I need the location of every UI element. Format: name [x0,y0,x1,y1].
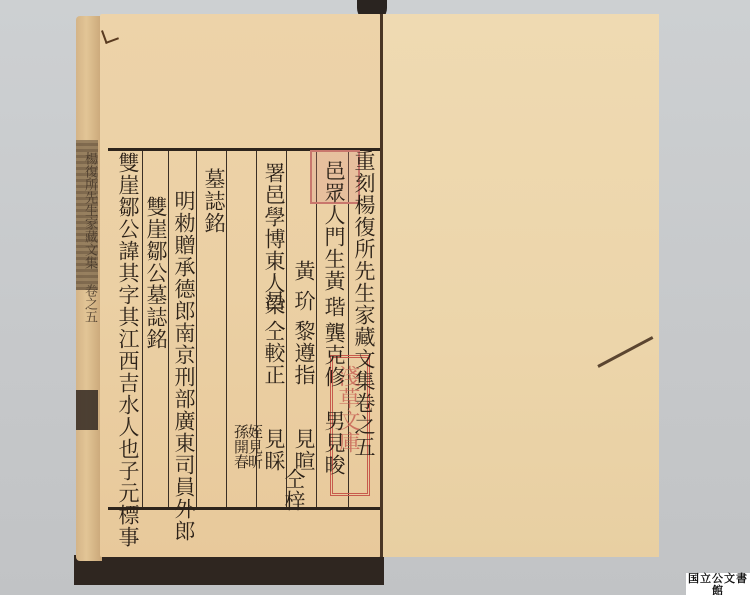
column-rule [168,151,169,507]
column-note: 孫開春 [232,424,249,469]
column-text: 仝較正 [262,320,286,386]
column-text: 黎遵指 [292,320,316,386]
column-rule [316,151,317,507]
column-text: 昌 [262,290,286,312]
column-rule [196,151,197,507]
column-text: 仝梓 [282,468,306,512]
column-text: 黃 [292,260,316,282]
book-bottom-shadow [74,555,384,585]
column-text: 男見晙 [322,410,346,476]
margin-title: 楊復所先生家藏文集 卷之五 [80,152,99,323]
spine-dark-mark [76,390,98,430]
column-text: 雙崖鄒公諱其字其江西吉水人也子元標事 [116,152,140,548]
column-heading: 墓誌銘 [202,168,226,234]
right-page [382,14,659,557]
book-gutter [380,14,383,557]
column-text: 見暄 [292,428,316,472]
column-text: 見睬 [262,428,286,472]
column-title: 重刻楊復所先生家藏文集卷之五 [352,150,376,458]
column-text: 龔克修 [322,322,346,388]
column-text: 玠 [292,290,316,312]
column-text: 邑眾人門生黃 [322,160,346,292]
archive-watermark: 国立公文書館 National Archives of Japan [686,573,750,595]
column-rule [286,151,287,507]
column-heading: 雙崖鄒公墓誌銘 [144,196,168,350]
column-text: 明勑贈承德郎南京刑部廣東司員外郎 [172,190,196,542]
column-rule [142,151,143,507]
watermark-japanese: 国立公文書館 [686,573,750,595]
column-rule [226,151,227,507]
column-text: 瑎 [322,296,346,318]
